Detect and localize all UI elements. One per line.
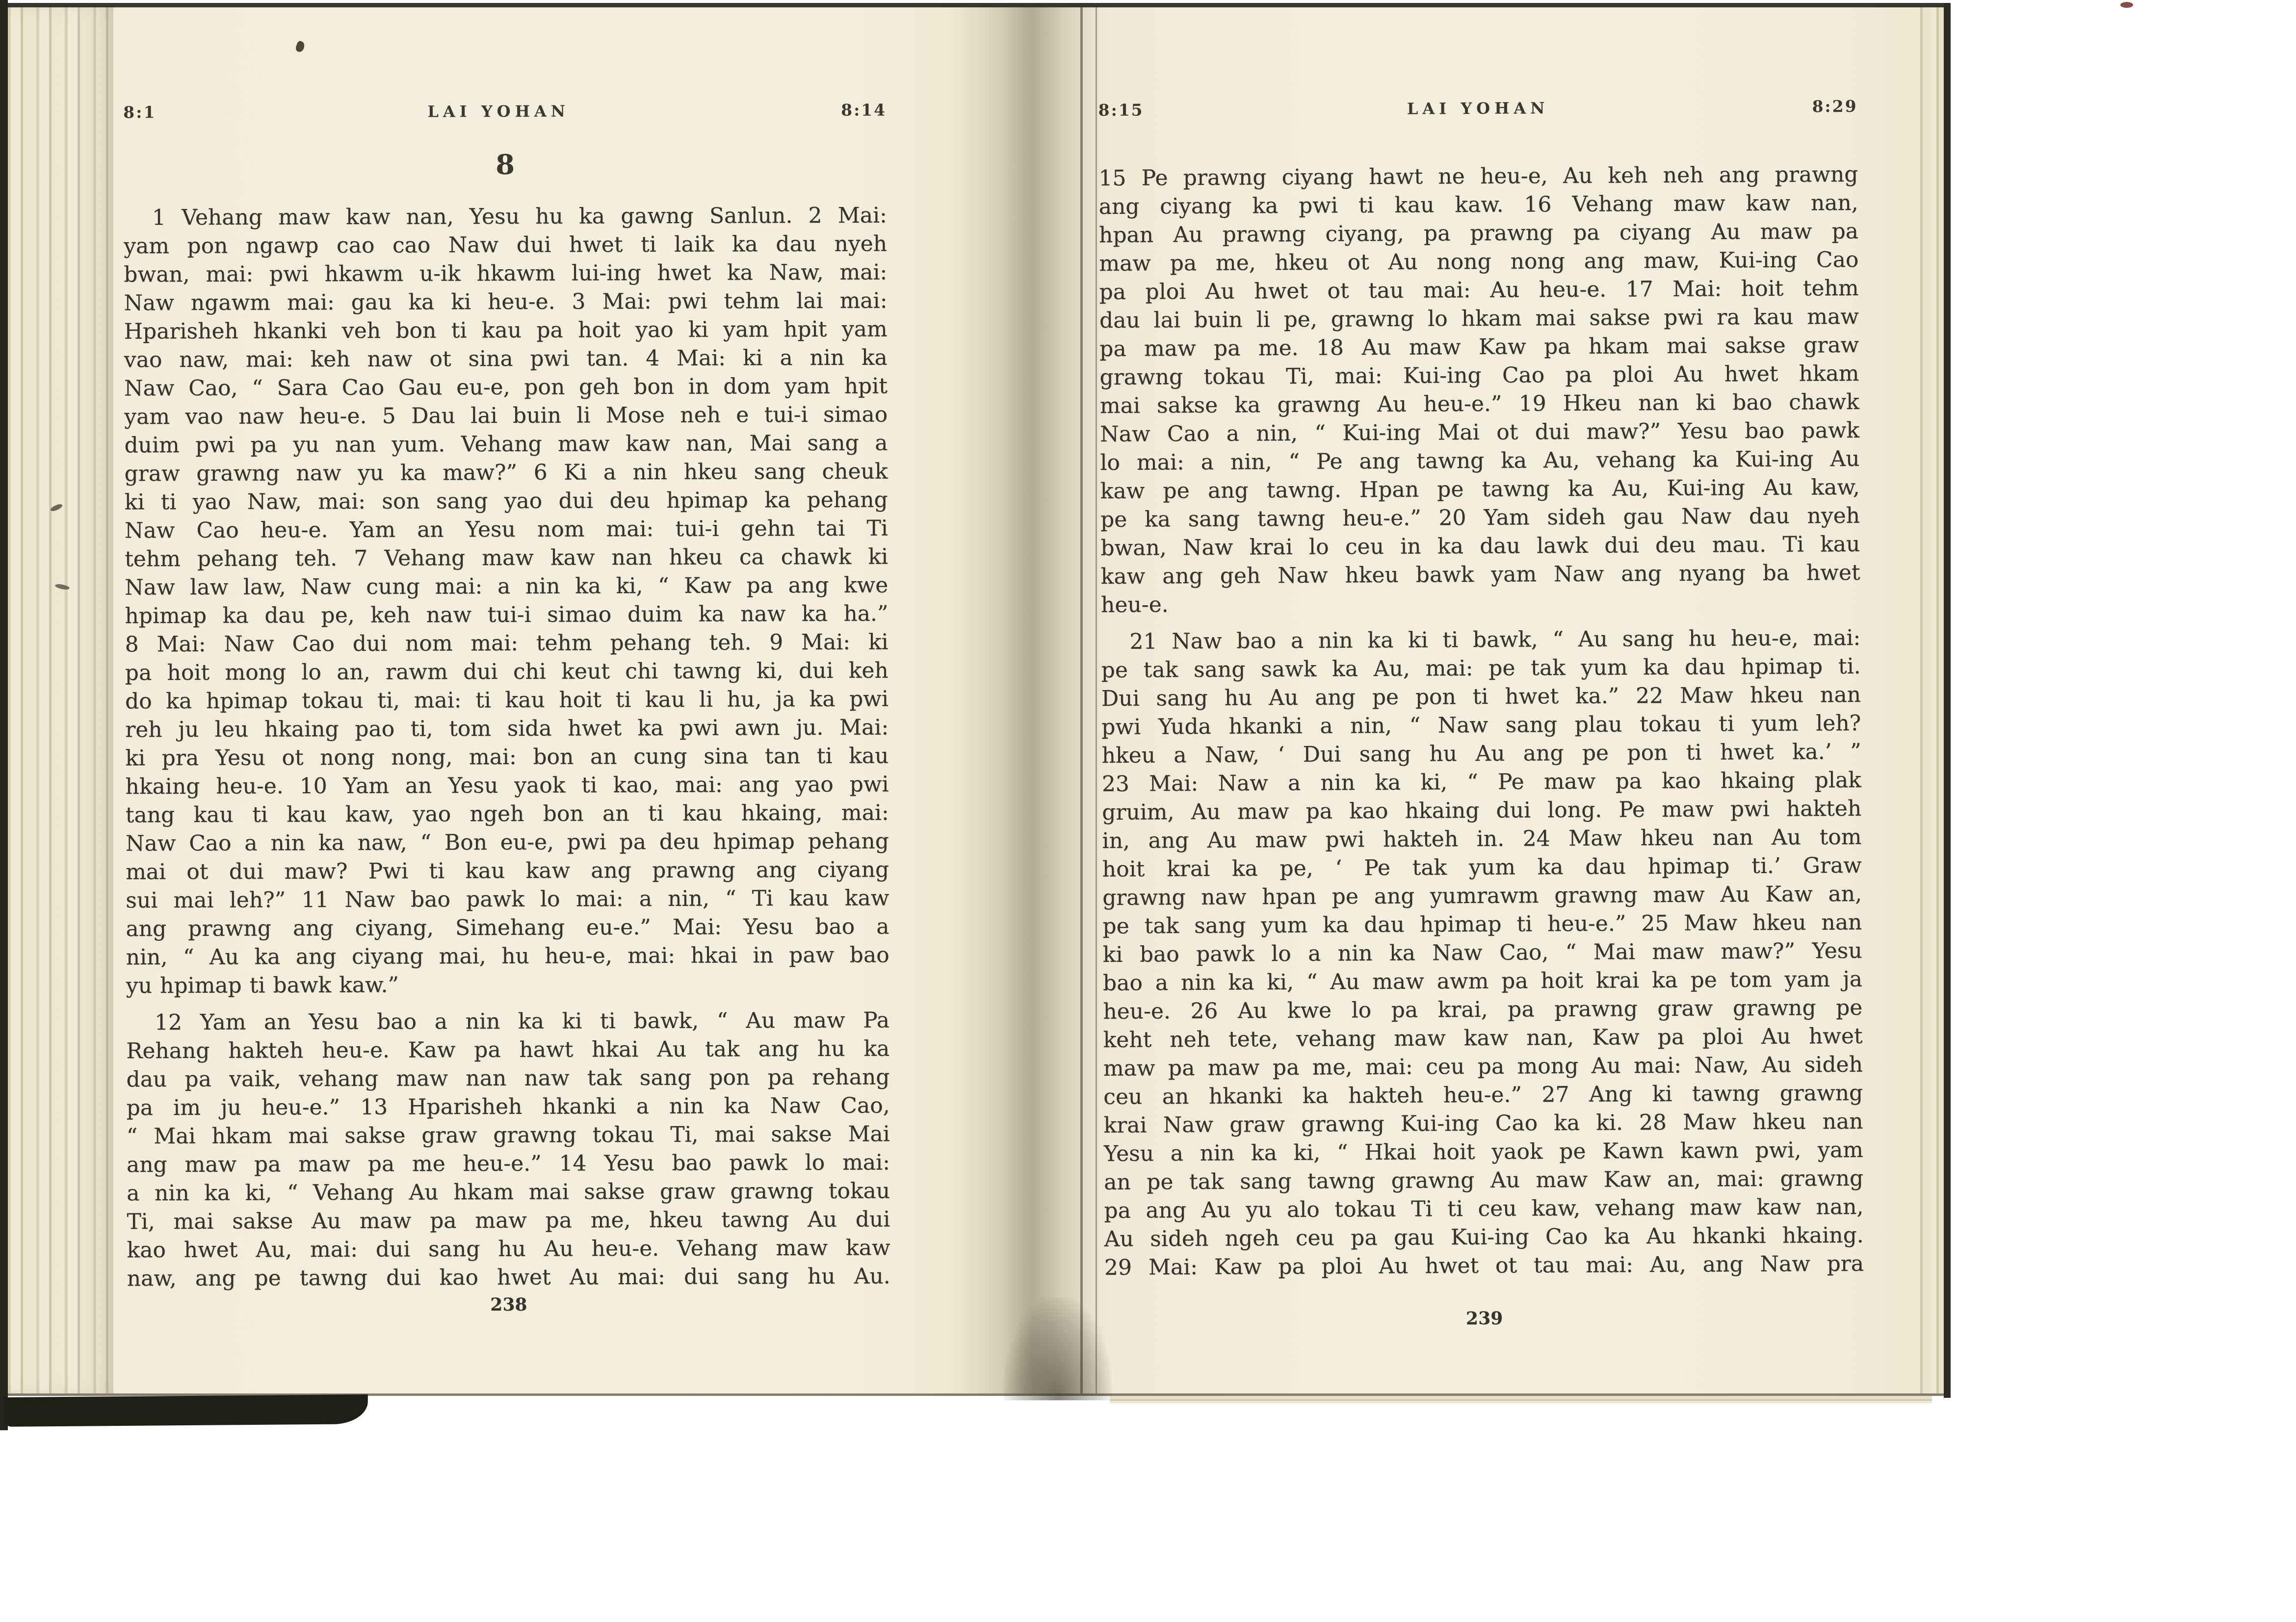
text-line: ceu an hkanki ka hakteh heu-e.” 27 Ang k… xyxy=(1103,1079,1863,1111)
text-line: heu-e. xyxy=(1101,587,1860,619)
text-line: an pe tak sang tawng grawng Au maw Kaw a… xyxy=(1104,1164,1863,1197)
text-line: grawng tokau Ti, mai: Kui-ing Cao pa plo… xyxy=(1099,360,1859,392)
book-cover-edge-right xyxy=(1944,3,1951,1398)
running-header: 8:15 LAI YOHAN 8:29 xyxy=(1098,97,1858,120)
text-line: yam pon ngawp cao cao Naw dui hwet ti la… xyxy=(124,230,887,261)
text-line: Ti, mai sakse Au maw pa maw pa me, hkeu … xyxy=(127,1206,890,1236)
header-verse-end: 8:29 xyxy=(1812,97,1857,116)
text-line: tang kau ti kau kaw, yao ngeh bon an ti … xyxy=(126,799,889,830)
text-line: dau pa vaik, vehang maw nan naw tak sang… xyxy=(126,1063,889,1094)
text-line: hoit krai ka pe, ‘ Pe tak yum ka dau hpi… xyxy=(1102,851,1862,884)
text-line: 8 Mai: Naw Cao dui nom mai: tehm pehang … xyxy=(125,628,888,659)
open-book: 8:1 LAI YOHAN 8:14 8 1 Vehang maw kaw na… xyxy=(8,3,1944,1396)
text-line: pa maw pa me. 18 Au maw Kaw pa hkam mai … xyxy=(1099,331,1859,363)
text-line: bwan, mai: pwi hkawm u-ik hkawm lui-ing … xyxy=(124,258,887,289)
header-book-title: LAI YOHAN xyxy=(427,102,570,121)
gutter-shadow xyxy=(947,7,1109,1393)
header-verse-start: 8:15 xyxy=(1098,101,1144,120)
text-line: dau lai buin li pe, grawng lo hkam mai s… xyxy=(1099,303,1859,335)
text-line: Naw Cao, “ Sara Cao Gau eu-e, pon geh bo… xyxy=(124,372,887,403)
body-text: 15 Pe prawng ciyang hawt ne heu-e, Au ke… xyxy=(1098,160,1864,1282)
text-line: hkaing heu-e. 10 Yam an Yesu yaok ti kao… xyxy=(125,771,888,801)
ink-speck xyxy=(2120,2,2133,8)
text-line: ang prawng ang ciyang, Simehang eu-e.” M… xyxy=(126,913,889,944)
running-header: 8:1 LAI YOHAN 8:14 xyxy=(123,101,887,122)
text-line: sui mai leh?” 11 Naw bao pawk lo mai: a … xyxy=(126,884,889,915)
text-line: vao naw, mai: keh naw ot sina pwi tan. 4… xyxy=(124,344,887,375)
text-line: kao hwet Au, mai: dui sang hu Au heu-e. … xyxy=(127,1234,890,1265)
text-line: maw pa maw pa me, mai: ceu pa mong Au ma… xyxy=(1103,1051,1863,1083)
page-number: 238 xyxy=(127,1293,890,1316)
text-line: bwan, Naw krai lo ceu in ka dau lawk dui… xyxy=(1100,530,1860,563)
text-line: hkeu a Naw, ‘ Dui sang hu Au ang pe pon … xyxy=(1101,738,1861,770)
text-line: 29 Mai: Kaw pa ploi Au hwet ot tau mai: … xyxy=(1104,1250,1864,1282)
text-line: “ Mai hkam mai sakse graw grawng tokau T… xyxy=(127,1120,890,1151)
text-line: gruim, Au maw pa kao hkaing dui long. Pe… xyxy=(1102,795,1861,827)
header-verse-start: 8:1 xyxy=(123,103,156,122)
text-line: tehm pehang teh. 7 Vehang maw kaw nan hk… xyxy=(125,543,888,574)
text-line: pe ka sang tawng heu-e.” 20 Yam sideh ga… xyxy=(1100,502,1860,534)
text-line: pe tak sang sawk ka Au, mai: pe tak yum … xyxy=(1101,652,1861,685)
header-book-title: LAI YOHAN xyxy=(1407,99,1549,118)
text-line: Au sideh ngeh ceu pa gau Kui-ing Cao ka … xyxy=(1104,1221,1864,1254)
text-line: ki ti yao Naw, mai: son sang yao dui deu… xyxy=(125,486,888,517)
text-line: hpimap ka dau pe, keh naw tui-i simao du… xyxy=(125,600,888,631)
text-line: Naw Cao a nin, “ Kui-ing Mai ot dui maw?… xyxy=(1100,416,1859,449)
text-line: naw, ang pe tawng dui kao hwet Au mai: d… xyxy=(127,1262,890,1293)
gutter-bottom-fold xyxy=(1004,1297,1112,1400)
gutter-fold-line xyxy=(1080,7,1083,1393)
text-line: krai Naw graw grawng Kui-ing Cao ka ki. … xyxy=(1103,1107,1863,1140)
page-edge-stack-left xyxy=(8,7,113,1393)
text-line: ang maw pa maw pa me heu-e.” 14 Yesu bao… xyxy=(127,1149,890,1180)
text-line: Naw ngawm mai: gau ka ki heu-e. 3 Mai: p… xyxy=(124,287,887,318)
text-line: ki pra Yesu ot nong nong, mai: bon an cu… xyxy=(125,742,888,773)
text-line: lo mai: a nin, “ Pe ang tawng ka Au, veh… xyxy=(1100,445,1859,477)
text-line: in, ang Au maw pwi hakteh in. 24 Maw hke… xyxy=(1102,823,1861,855)
text-line: hpan Au prawng ciyang, pa prawng pa ciya… xyxy=(1099,217,1858,250)
text-line: ki bao pawk lo a nin ka Naw Cao, “ Mai m… xyxy=(1103,937,1862,969)
text-line: grawng naw hpan pe ang yumrawm grawng ma… xyxy=(1102,880,1862,912)
text-line: Rehang hakteh heu-e. Kaw pa hawt hkai Au… xyxy=(126,1035,889,1066)
text-line: maw pa me, hkeu ot Au nong nong ang maw,… xyxy=(1099,246,1858,278)
text-line: mai sakse ka grawng Au heu-e.” 19 Hkeu n… xyxy=(1100,388,1859,420)
header-verse-end: 8:14 xyxy=(841,101,887,120)
left-page: 8:1 LAI YOHAN 8:14 8 1 Vehang maw kaw na… xyxy=(123,6,891,1395)
text-line: bao a nin ka ki, “ Au maw awm pa hoit kr… xyxy=(1103,965,1862,998)
text-line: heu-e. 26 Au kwe lo pa krai, pa prawng g… xyxy=(1103,994,1862,1026)
right-page: 8:15 LAI YOHAN 8:29 15 Pe prawng ciyang … xyxy=(1098,5,1865,1395)
text-line: pwi Yuda hkanki a nin, “ Naw sang plau t… xyxy=(1101,709,1861,742)
text-line: Naw Cao heu-e. Yam an Yesu nom mai: tui-… xyxy=(125,515,888,545)
gutter-fold-line xyxy=(1096,7,1097,1393)
book-scan: 8:1 LAI YOHAN 8:14 8 1 Vehang maw kaw na… xyxy=(0,0,2296,1622)
text-line: Naw law law, Naw cung mai: a nin ka ki, … xyxy=(125,571,888,602)
text-line: Naw Cao a nin ka naw, “ Bon eu-e, pwi pa… xyxy=(126,827,889,858)
text-line: yu hpimap ti bawk kaw.” xyxy=(126,970,889,1001)
text-line: pe tak sang yum ka dau hpimap ti heu-e.”… xyxy=(1102,908,1862,941)
text-line: duim pwi pa yu nan yum. Vehang maw kaw n… xyxy=(124,429,887,460)
text-line: do ka hpimap tokau ti, mai: ti kau hoit … xyxy=(125,685,888,716)
text-line: kaw ang geh Naw hkeu bawk yam Naw ang ny… xyxy=(1101,559,1860,591)
scan-left-edge xyxy=(0,0,8,1430)
text-line: yam vao naw heu-e. 5 Dau lai buin li Mos… xyxy=(124,401,887,432)
page-edge-stack-bottom xyxy=(1110,1396,1932,1403)
text-line: pa ang Au yu alo tokau Ti ti ceu kaw, ve… xyxy=(1104,1193,1863,1225)
text-line: nin, “ Au ka ang ciyang mai, hu heu-e, m… xyxy=(126,941,889,972)
body-text: 1 Vehang maw kaw nan, Yesu hu ka gawng S… xyxy=(124,202,890,1293)
text-line: 23 Mai: Naw a nin ka ki, “ Pe maw pa kao… xyxy=(1102,766,1861,798)
page-number: 239 xyxy=(1104,1306,1864,1331)
text-line: mai ot dui maw? Pwi ti kau kaw ang prawn… xyxy=(126,856,889,887)
text-line: ang ciyang ka pwi ti kau kaw. 16 Vehang … xyxy=(1099,189,1858,221)
chapter-number: 8 xyxy=(123,148,887,182)
text-line: reh ju leu hkaing pao ti, tom sida hwet … xyxy=(125,714,888,745)
book-bottom-left-edge xyxy=(4,1394,368,1427)
page-edge-stack-right xyxy=(1913,7,1944,1393)
text-line: Yesu a nin ka ki, “ Hkai hoit yaok pe Ka… xyxy=(1104,1136,1863,1168)
text-line: graw grawng naw yu ka maw?” 6 Ki a nin h… xyxy=(124,458,887,489)
text-line: pa hoit mong lo an, rawm dui chi keut ch… xyxy=(125,657,888,688)
text-line: 12 Yam an Yesu bao a nin ka ki ti bawk, … xyxy=(126,1006,889,1037)
text-line: 1 Vehang maw kaw nan, Yesu hu ka gawng S… xyxy=(124,202,887,232)
text-line: a nin ka ki, “ Vehang Au hkam mai sakse … xyxy=(127,1177,890,1208)
text-line: 15 Pe prawng ciyang hawt ne heu-e, Au ke… xyxy=(1098,160,1858,193)
text-line: 21 Naw bao a nin ka ki ti bawk, “ Au san… xyxy=(1101,624,1860,656)
text-line: pa ploi Au hwet ot tau mai: Au heu-e. 17… xyxy=(1099,274,1858,307)
text-line: pa im ju heu-e.” 13 Hparisheh hkanki a n… xyxy=(127,1092,890,1123)
text-line: kaw pe ang tawng. Hpan pe tawng ka Au, K… xyxy=(1100,473,1860,506)
text-line: Hparisheh hkanki veh bon ti kau pa hoit … xyxy=(124,315,887,346)
text-line: keht neh tete, vehang maw kaw nan, Kaw p… xyxy=(1103,1022,1862,1055)
text-line: Dui sang hu Au ang pe pon ti hwet ka.” 2… xyxy=(1101,681,1861,713)
